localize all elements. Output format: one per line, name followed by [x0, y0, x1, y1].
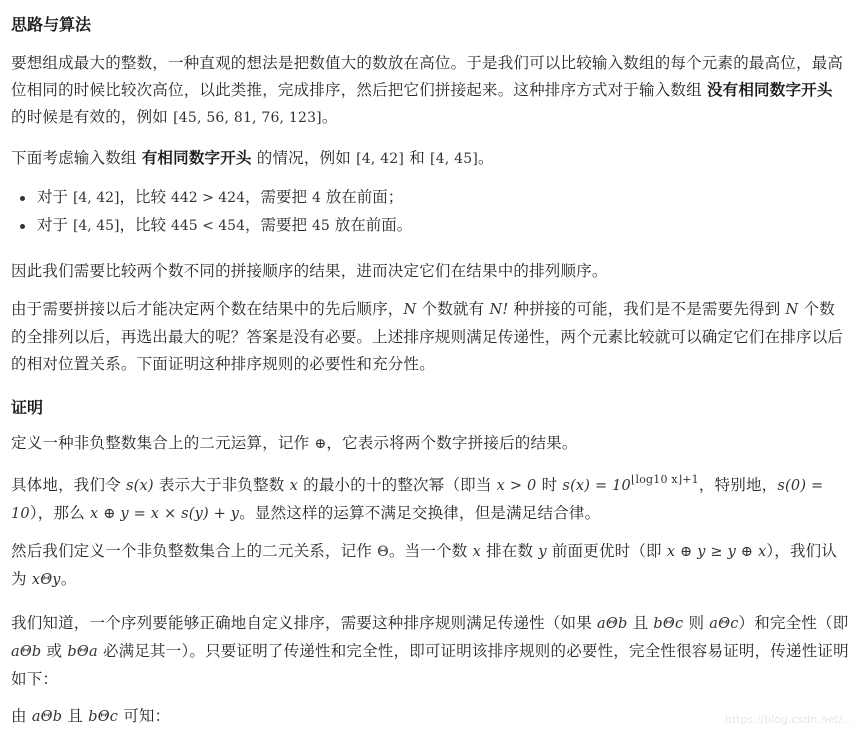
- paragraph-define-s: 具体地，我们令 s(x) 表示大于非负整数 x 的最小的十的整次幂（即当 x >…: [11, 466, 849, 528]
- paragraph-proof-start: 由 aΘb 且 bΘc 可知：: [11, 703, 849, 731]
- paragraph-intuition: 要想组成最大的整数，一种直观的想法是把数值大的数放在高位。于是我们可以比较输入数…: [11, 50, 849, 132]
- paragraph-define-operation: 定义一种非负整数集合上的二元运算，记作 ⊕，它表示将两个数字拼接后的结果。: [11, 430, 849, 458]
- paragraph-transitivity: 由于需要拼接以后才能决定两个数在结果中的先后顺序，N 个数就有 N! 种拼接的可…: [11, 296, 849, 378]
- paragraph-compare-concat: 因此我们需要比较两个数不同的拼接顺序的结果，进而决定它们在结果中的排列顺序。: [11, 258, 849, 285]
- paragraph-define-relation: 然后我们定义一个非负整数集合上的二元关系，记作 Θ。当一个数 x 排在数 y 前…: [11, 538, 849, 594]
- list-item: 对于 [4, 42]，比较 442 > 424，需要把 4 放在前面；: [37, 184, 857, 212]
- section-heading-proof: 证明: [11, 397, 43, 419]
- paragraph-same-prefix: 下面考虑输入数组 有相同数字开头 的情况，例如 [4, 42] 和 [4, 45…: [11, 145, 849, 173]
- section-heading-approach: 思路与算法: [11, 14, 91, 36]
- comparison-list: 对于 [4, 42]，比较 442 > 424，需要把 4 放在前面； 对于 […: [11, 184, 857, 240]
- math-example-array: [45, 56, 81, 76, 123]: [173, 110, 322, 126]
- paragraph-ordering-properties: 我们知道，一个序列要能够正确地自定义排序，需要这种排序规则满足传递性（如果 aΘ…: [11, 610, 849, 693]
- watermark: https://blog.csdn.net/...: [725, 713, 853, 726]
- list-item: 对于 [4, 45]，比较 445 < 454，需要把 45 放在前面。: [37, 212, 857, 240]
